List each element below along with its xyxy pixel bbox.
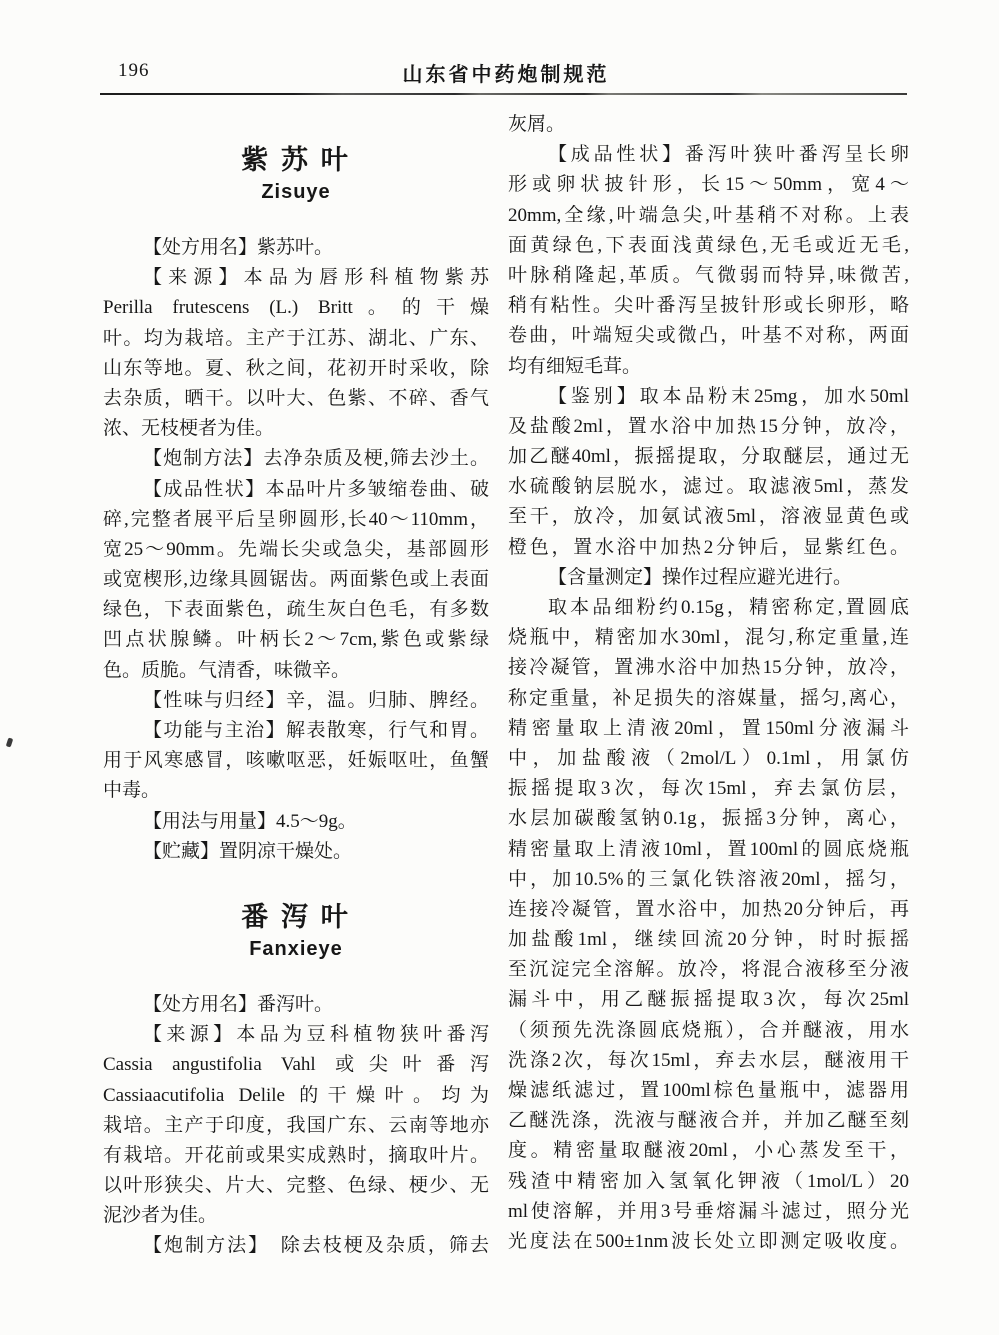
section-title: 紫 苏 叶 bbox=[103, 143, 489, 177]
text-line: 【贮藏】置阴凉干燥处。 bbox=[103, 837, 489, 867]
right-column: 灰屑。【成品性状】番泻叶狭叶番泻呈长卵形或卵状披针形，长15～50mm，宽4～2… bbox=[508, 110, 909, 1257]
text-columns: 紫 苏 叶Zisuye【处方用名】紫苏叶。【来源】本品为唇形科植物紫苏Peril… bbox=[103, 110, 909, 1262]
section-title: 番 泻 叶 bbox=[103, 900, 489, 934]
text-line: 【含量测定】操作过程应避光进行。 bbox=[508, 563, 909, 593]
text-line: 水层加碳酸氢钠0.1g，振摇3分钟，离心， bbox=[508, 804, 909, 834]
text-line: 【来源】本品为唇形科植物紫苏 bbox=[103, 263, 489, 293]
text-line: 20mm,全缘,叶端急尖,叶基稍不对称。上表 bbox=[508, 201, 909, 231]
text-line: 中，加盐酸液（2mol/L）0.1ml，用氯仿 bbox=[508, 744, 909, 774]
text-line: 形或卵状披针形，长15～50mm，宽4～ bbox=[508, 170, 909, 200]
text-line: 水硫酸钠层脱水，滤过。取滤液5ml，蒸发 bbox=[508, 472, 909, 502]
running-head-book-title: 山东省中药炮制规范 bbox=[103, 58, 909, 87]
text-line: 叶脉稍隆起,革质。气微弱而特异,味微苦, bbox=[508, 261, 909, 291]
text-line: 乙醚洗涤，洗液与醚液合并，并加乙醚至刻 bbox=[508, 1106, 909, 1136]
text-line: 至干，放冷，加氨试液5ml，溶液显黄色或 bbox=[508, 502, 909, 532]
scanned-book-page: 196 山东省中药炮制规范 紫 苏 叶Zisuye【处方用名】紫苏叶。【来源】本… bbox=[0, 0, 999, 1335]
text-line: 或宽楔形,边缘具圆锯齿。两面紫色或上表面 bbox=[103, 565, 489, 595]
text-line: 均有细短毛茸。 bbox=[508, 352, 909, 382]
text-line: （须预先洗涤圆底烧瓶），合并醚液，用水 bbox=[508, 1016, 909, 1046]
text-line: 叶。均为栽培。主产于江苏、湖北、广东、 bbox=[103, 324, 489, 354]
text-line: 稍有粘性。尖叶番泻呈披针形或长卵形，略 bbox=[508, 291, 909, 321]
text-line: 橙色，置水浴中加热2分钟后，显紫红色。 bbox=[508, 533, 909, 563]
text-line: 称定重量，补足损失的溶媒量，摇匀,离心， bbox=[508, 684, 909, 714]
text-line: 【性味与归经】辛，温。归肺、脾经。 bbox=[103, 686, 489, 716]
text-line: 以叶形狭尖、片大、完整、色绿、梗少、无 bbox=[103, 1171, 489, 1201]
text-line: 【炮制方法】 除去枝梗及杂质，筛去 bbox=[103, 1231, 489, 1261]
text-line: 【用法与用量】4.5～9g。 bbox=[103, 807, 489, 837]
text-line: 至沉淀完全溶解。放冷，将混合液移至分液 bbox=[508, 955, 909, 985]
text-line: 洗涤2次，每次15ml，弃去水层，醚液用干 bbox=[508, 1046, 909, 1076]
text-line: 光度法在500±1nm波长处立即测定吸收度。 bbox=[508, 1227, 909, 1257]
text-line: 【鉴别】取本品粉末25mg，加水50ml bbox=[508, 382, 909, 412]
text-line: 有栽培。开花前或果实成熟时，摘取叶片。 bbox=[103, 1141, 489, 1171]
text-line: 卷曲，叶端短尖或微凸，叶基不对称，两面 bbox=[508, 321, 909, 351]
text-line: 【来源】本品为豆科植物狭叶番泻 bbox=[103, 1020, 489, 1050]
scan-speck bbox=[6, 737, 14, 747]
text-line: 面黄绿色,下表面浅黄绿色,无毛或近无毛, bbox=[508, 231, 909, 261]
text-line: 度。精密量取醚液20ml，小心蒸发至干， bbox=[508, 1136, 909, 1166]
text-line: 山东等地。夏、秋之间，花初开时采收，除 bbox=[103, 354, 489, 384]
text-line: 中，加10.5%的三氯化铁溶液20ml，摇匀， bbox=[508, 865, 909, 895]
text-line: 残渣中精密加入氢氧化钾液（1mol/L）20 bbox=[508, 1167, 909, 1197]
text-line: 【成品性状】本品叶片多皱缩卷曲、破 bbox=[103, 475, 489, 505]
text-line: 宽25～90mm。先端长尖或急尖，基部圆形 bbox=[103, 535, 489, 565]
text-line: 【处方用名】紫苏叶。 bbox=[103, 233, 489, 263]
left-column: 紫 苏 叶Zisuye【处方用名】紫苏叶。【来源】本品为唇形科植物紫苏Peril… bbox=[103, 110, 489, 1262]
text-line: 凹点状腺鳞。叶柄长2～7cm,紫色或紫绿 bbox=[103, 625, 489, 655]
text-line: 振摇提取3次，每次15ml，弃去氯仿层， bbox=[508, 774, 909, 804]
text-line: 栽培。主产于印度，我国广东、云南等地亦 bbox=[103, 1111, 489, 1141]
text-line: 去杂质，晒干。以叶大、色紫、不碎、香气 bbox=[103, 384, 489, 414]
text-line: 精密量取上清液20ml，置150ml分液漏斗 bbox=[508, 714, 909, 744]
text-line: 灰屑。 bbox=[508, 110, 909, 140]
text-line: 碎,完整者展平后呈卵圆形,长40～110mm， bbox=[103, 505, 489, 535]
text-line: 色。质脆。气清香，味微辛。 bbox=[103, 656, 489, 686]
text-line: 用于风寒感冒，咳嗽呕恶，妊娠呕吐，鱼蟹 bbox=[103, 746, 489, 776]
text-line: 泥沙者为佳。 bbox=[103, 1201, 489, 1231]
text-line: 【成品性状】番泻叶狭叶番泻呈长卵 bbox=[508, 140, 909, 170]
section-pinyin: Zisuye bbox=[103, 177, 489, 207]
text-line: 燥滤纸滤过，置100ml棕色量瓶中，滤器用 bbox=[508, 1076, 909, 1106]
text-line: 【处方用名】番泻叶。 bbox=[103, 990, 489, 1020]
text-line: 精密量取上清液10ml，置100ml的圆底烧瓶 bbox=[508, 835, 909, 865]
text-line: 【炮制方法】去净杂质及梗,筛去沙土。 bbox=[103, 444, 489, 474]
text-line: 漏斗中，用乙醚振摇提取3次，每次25ml bbox=[508, 985, 909, 1015]
text-line: 绿色，下表面紫色，疏生灰白色毛，有多数 bbox=[103, 595, 489, 625]
text-line: 接冷凝管，置沸水浴中加热15分钟，放冷， bbox=[508, 653, 909, 683]
text-line: 加乙醚40ml，振摇提取，分取醚层，通过无 bbox=[508, 442, 909, 472]
text-line: 烧瓶中，精密加水30ml，混匀,称定重量,连 bbox=[508, 623, 909, 653]
text-line: Perilla frutescens (L.) Britt。的干燥 bbox=[103, 293, 489, 323]
text-line: ml使溶解，并用3号垂熔漏斗滤过，照分光 bbox=[508, 1197, 909, 1227]
text-line: Cassiaacutifolia Delile 的干燥叶。均为 bbox=[103, 1081, 489, 1111]
text-line: 浓、无枝梗者为佳。 bbox=[103, 414, 489, 444]
text-line: 加盐酸1ml，继续回流20分钟，时时振摇 bbox=[508, 925, 909, 955]
text-line: Cassia angustifolia Vahl 或尖叶番泻 bbox=[103, 1050, 489, 1080]
text-line: 取本品细粉约0.15g，精密称定,置圆底 bbox=[508, 593, 909, 623]
header-rule bbox=[100, 93, 907, 95]
text-line: 及盐酸2ml，置水浴中加热15分钟，放冷， bbox=[508, 412, 909, 442]
text-line: 中毒。 bbox=[103, 776, 489, 806]
text-line: 【功能与主治】解表散寒，行气和胃。 bbox=[103, 716, 489, 746]
section-pinyin: Fanxieye bbox=[103, 934, 489, 964]
text-line: 连接冷凝管，置水浴中，加热20分钟后，再 bbox=[508, 895, 909, 925]
